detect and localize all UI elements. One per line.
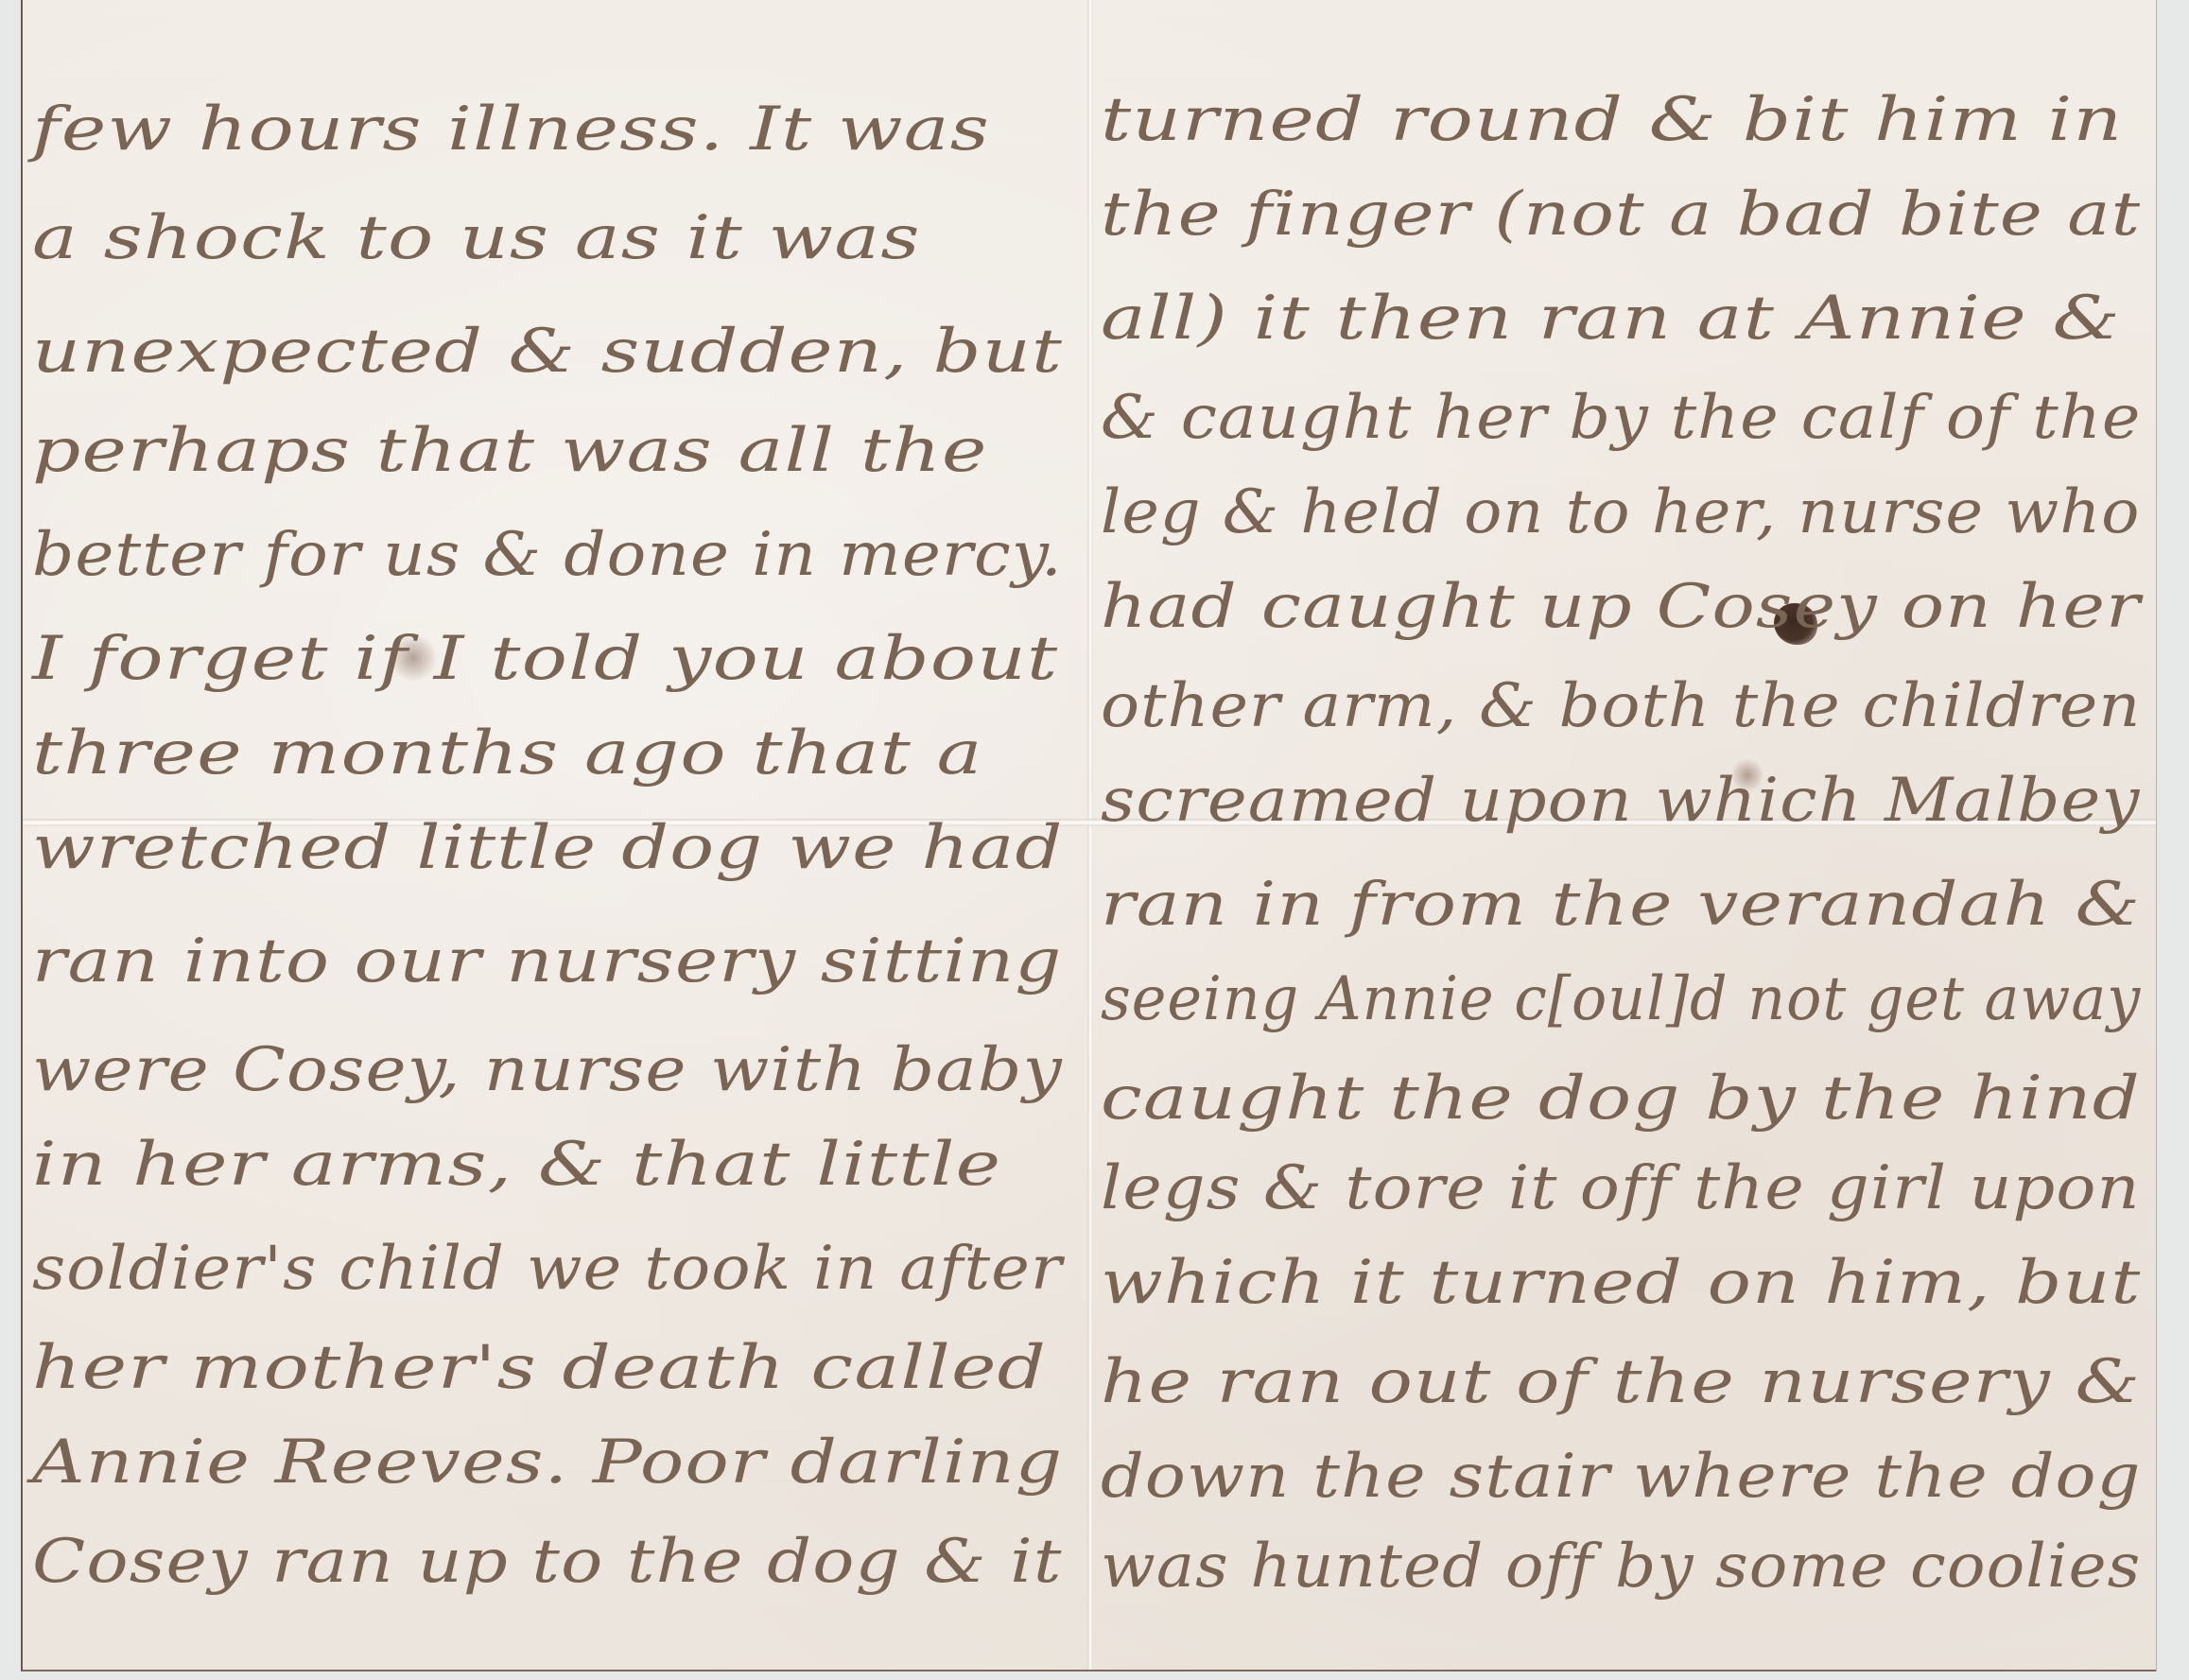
- text-line: I forget if I told you about: [32, 624, 1058, 694]
- text-line: down the stair where the dog: [1101, 1442, 2141, 1512]
- text-line: screamed upon which Malbey: [1101, 766, 2140, 836]
- text-line: which it turned on him, but: [1101, 1248, 2141, 1318]
- text-line: perhaps that was all the: [32, 416, 988, 486]
- text-line: turned round & bit him in: [1101, 85, 2123, 155]
- vertical-fold-crease: [1087, 0, 1093, 1670]
- text-line: ran in from the verandah &: [1101, 870, 2141, 940]
- text-line: was hunted off by some coolies: [1101, 1532, 2141, 1602]
- text-line: legs & tore it off the girl upon: [1101, 1153, 2141, 1223]
- text-line: better for us & done in mercy.: [32, 520, 1063, 590]
- text-line: her mother's death called: [32, 1333, 1047, 1403]
- text-line: had caught up Cosey on her: [1101, 572, 2141, 642]
- letter-page: few hours illness. It was a shock to us …: [21, 0, 2156, 1671]
- text-line: Cosey ran up to the dog & it: [32, 1527, 1063, 1597]
- text-line: three months ago that a: [32, 719, 983, 788]
- text-line: leg & held on to her, nurse who: [1101, 477, 2140, 547]
- text-line: were Cosey, nurse with baby: [32, 1035, 1063, 1105]
- text-line: & caught her by the calf of the: [1101, 383, 2141, 453]
- text-line: in her arms, & that little: [32, 1130, 1001, 1200]
- text-line: other arm, & both the children: [1101, 671, 2141, 741]
- text-line: all) it then ran at Annie &: [1101, 284, 2121, 354]
- text-line: wretched little dog we had: [32, 813, 1064, 883]
- text-line: he ran out of the nursery &: [1101, 1347, 2141, 1417]
- text-line: soldier's child we took in after: [32, 1234, 1063, 1304]
- text-line: caught the dog by the hind: [1101, 1064, 2141, 1134]
- text-line: ran into our nursery sitting: [32, 927, 1062, 996]
- text-line: Annie Reeves. Poor darling: [32, 1428, 1063, 1498]
- text-line: few hours illness. It was: [32, 95, 990, 165]
- text-line: unexpected & sudden, but: [32, 317, 1063, 387]
- text-line: the finger (not a bad bite at: [1101, 180, 2141, 250]
- text-line: seeing Annie c[oul]d not get away: [1101, 964, 2141, 1034]
- text-line: a shock to us as it was: [32, 203, 921, 273]
